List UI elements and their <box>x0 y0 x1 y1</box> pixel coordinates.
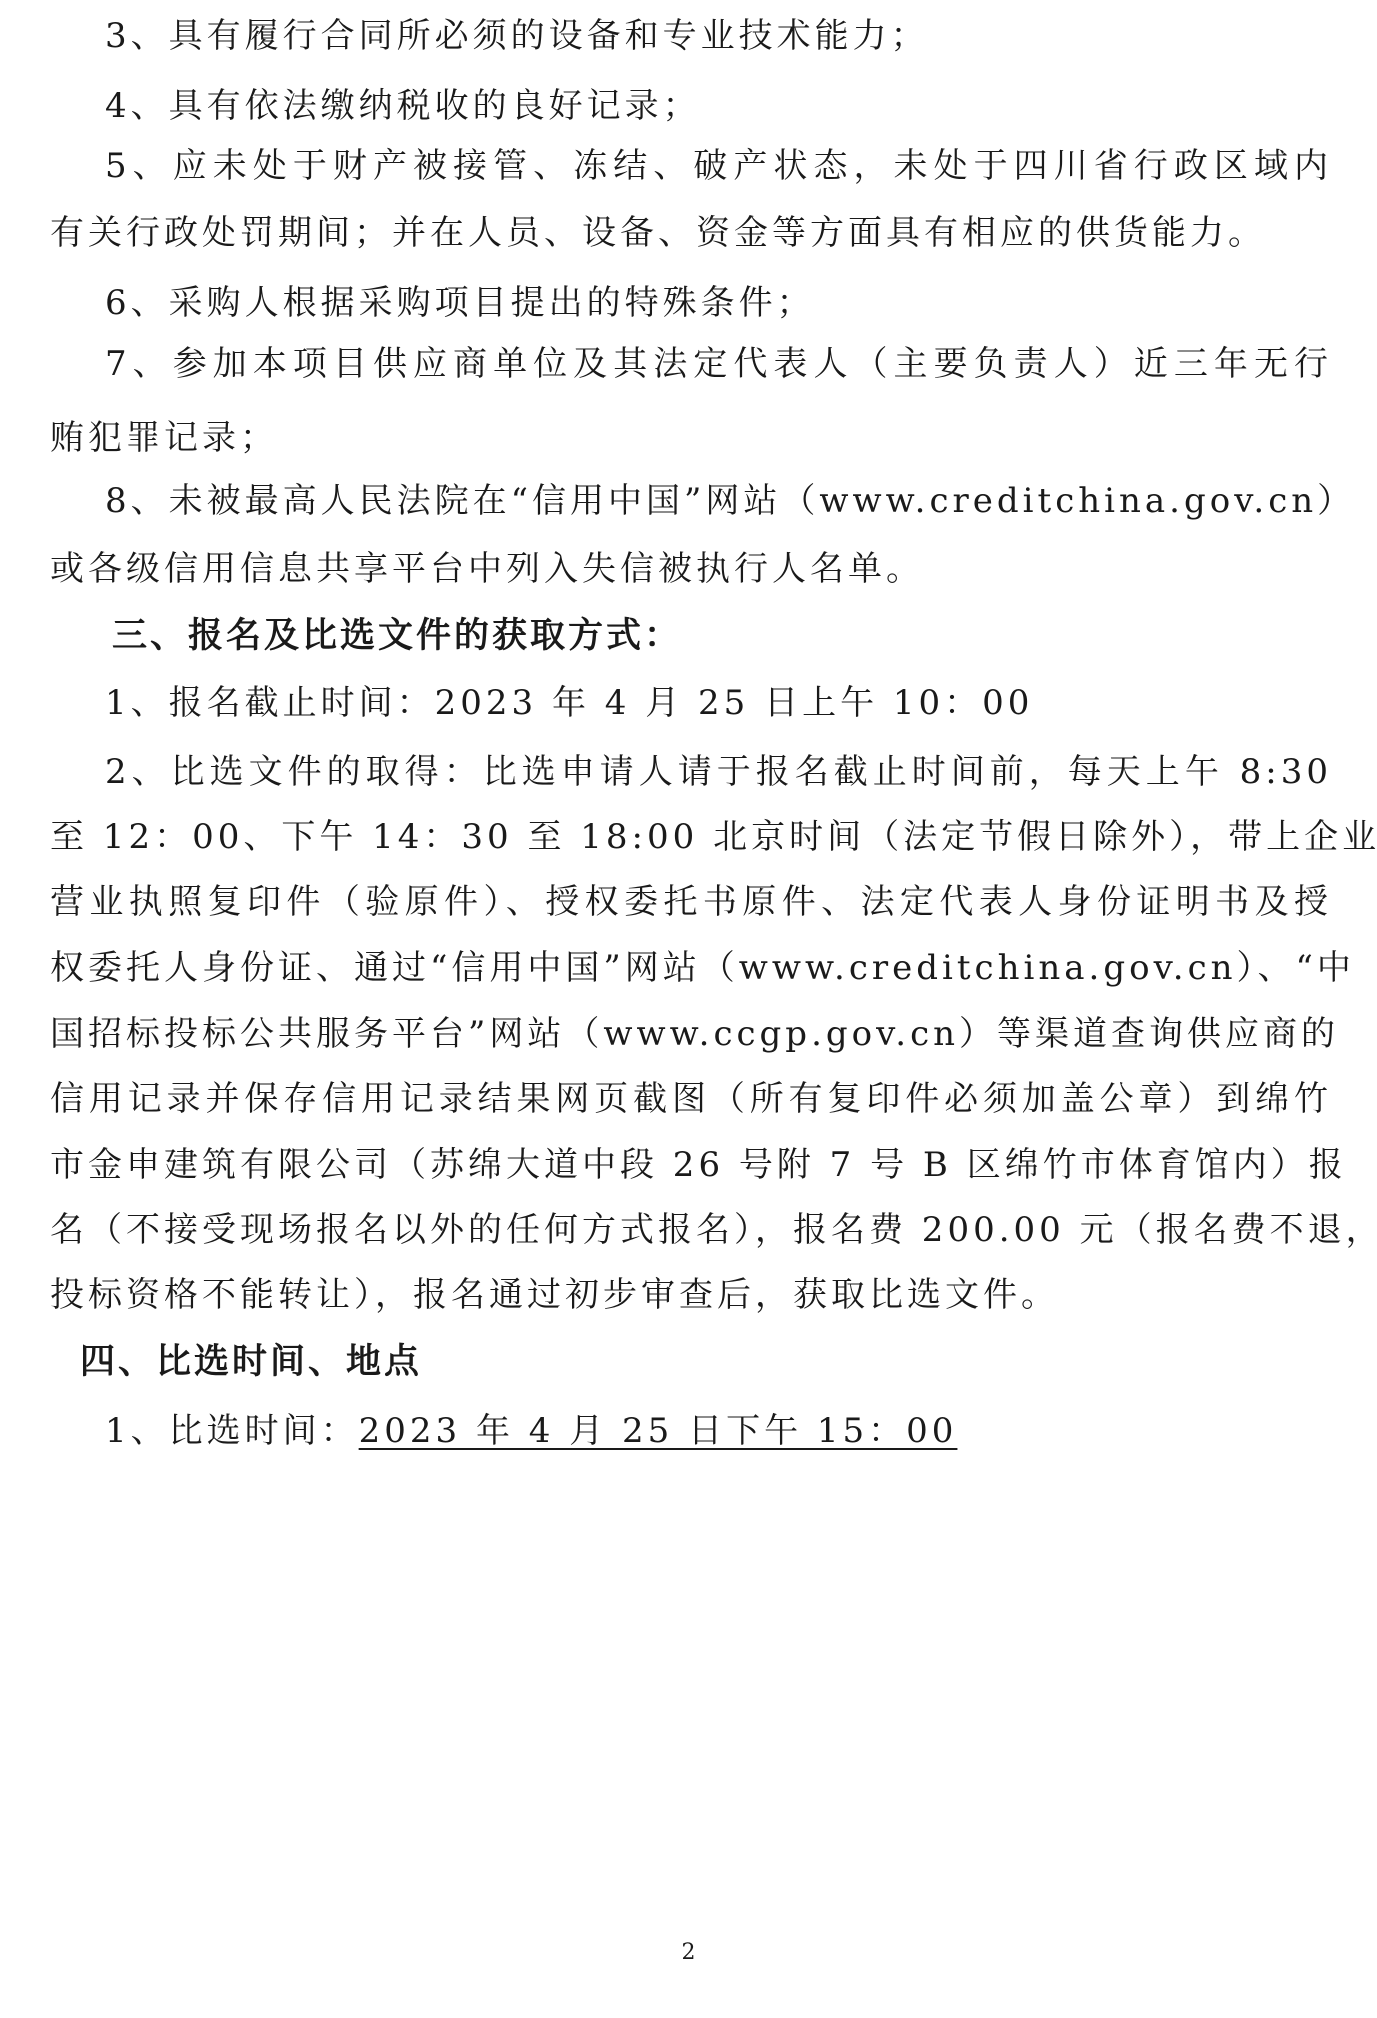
section-3-heading: 三、报名及比选文件的获取方式： <box>112 614 682 658</box>
document-acquisition-line-4: 权委托人身份证、通过“信用中国”网站（www.creditchina.gov.c… <box>50 946 1332 990</box>
document-acquisition-line-1: 2、比选文件的取得：比选申请人请于报名截止时间前，每天上午 8:30 <box>105 750 1332 794</box>
document-acquisition-line-8: 名（不接受现场报名以外的任何方式报名），报名费 200.00 元（报名费不退， <box>50 1208 1332 1252</box>
page-number: 2 <box>0 1940 1377 1965</box>
qualification-item-4: 4、具有依法缴纳税收的良好记录； <box>105 84 1332 128</box>
qualification-item-8-line-2: 或各级信用信息共享平台中列入失信被执行人名单。 <box>50 547 1332 591</box>
selection-time-value: 2023 年 4 月 25 日下午 15：00 <box>359 1411 958 1451</box>
document-acquisition-line-2: 至 12：00、下午 14：30 至 18:00 北京时间（法定节假日除外），带… <box>50 815 1332 859</box>
qualification-item-7-line-2: 贿犯罪记录； <box>50 416 1332 460</box>
registration-deadline: 1、报名截止时间：2023 年 4 月 25 日上午 10：00 <box>105 681 1332 725</box>
document-acquisition-line-5: 国招标投标公共服务平台”网站（www.ccgp.gov.cn）等渠道查询供应商的 <box>50 1012 1332 1056</box>
document-acquisition-line-3: 营业执照复印件（验原件）、授权委托书原件、法定代表人身份证明书及授 <box>50 880 1332 924</box>
document-acquisition-line-6: 信用记录并保存信用记录结果网页截图（所有复印件必须加盖公章）到绵竹 <box>50 1077 1332 1121</box>
section-4-heading: 四、比选时间、地点 <box>80 1340 422 1384</box>
document-acquisition-line-9: 投标资格不能转让），报名通过初步审查后，获取比选文件。 <box>50 1273 1332 1317</box>
qualification-item-5-line-1: 5、应未处于财产被接管、冻结、破产状态，未处于四川省行政区域内 <box>105 144 1332 188</box>
qualification-item-8-line-1: 8、未被最高人民法院在“信用中国”网站（www.creditchina.gov.… <box>105 479 1332 523</box>
document-page: 3、具有履行合同所必须的设备和专业技术能力； 4、具有依法缴纳税收的良好记录； … <box>0 0 1377 2018</box>
qualification-item-3: 3、具有履行合同所必须的设备和专业技术能力； <box>105 14 1332 58</box>
document-acquisition-line-7: 市金申建筑有限公司（苏绵大道中段 26 号附 7 号 B 区绵竹市体育馆内）报 <box>50 1143 1332 1187</box>
selection-time-label: 1、比选时间： <box>105 1411 359 1451</box>
selection-time: 1、比选时间：2023 年 4 月 25 日下午 15：00 <box>105 1409 1332 1453</box>
qualification-item-5-line-2: 有关行政处罚期间；并在人员、设备、资金等方面具有相应的供货能力。 <box>50 211 1332 255</box>
qualification-item-7-line-1: 7、参加本项目供应商单位及其法定代表人（主要负责人）近三年无行 <box>105 342 1332 386</box>
qualification-item-6: 6、采购人根据采购项目提出的特殊条件； <box>105 281 1332 325</box>
